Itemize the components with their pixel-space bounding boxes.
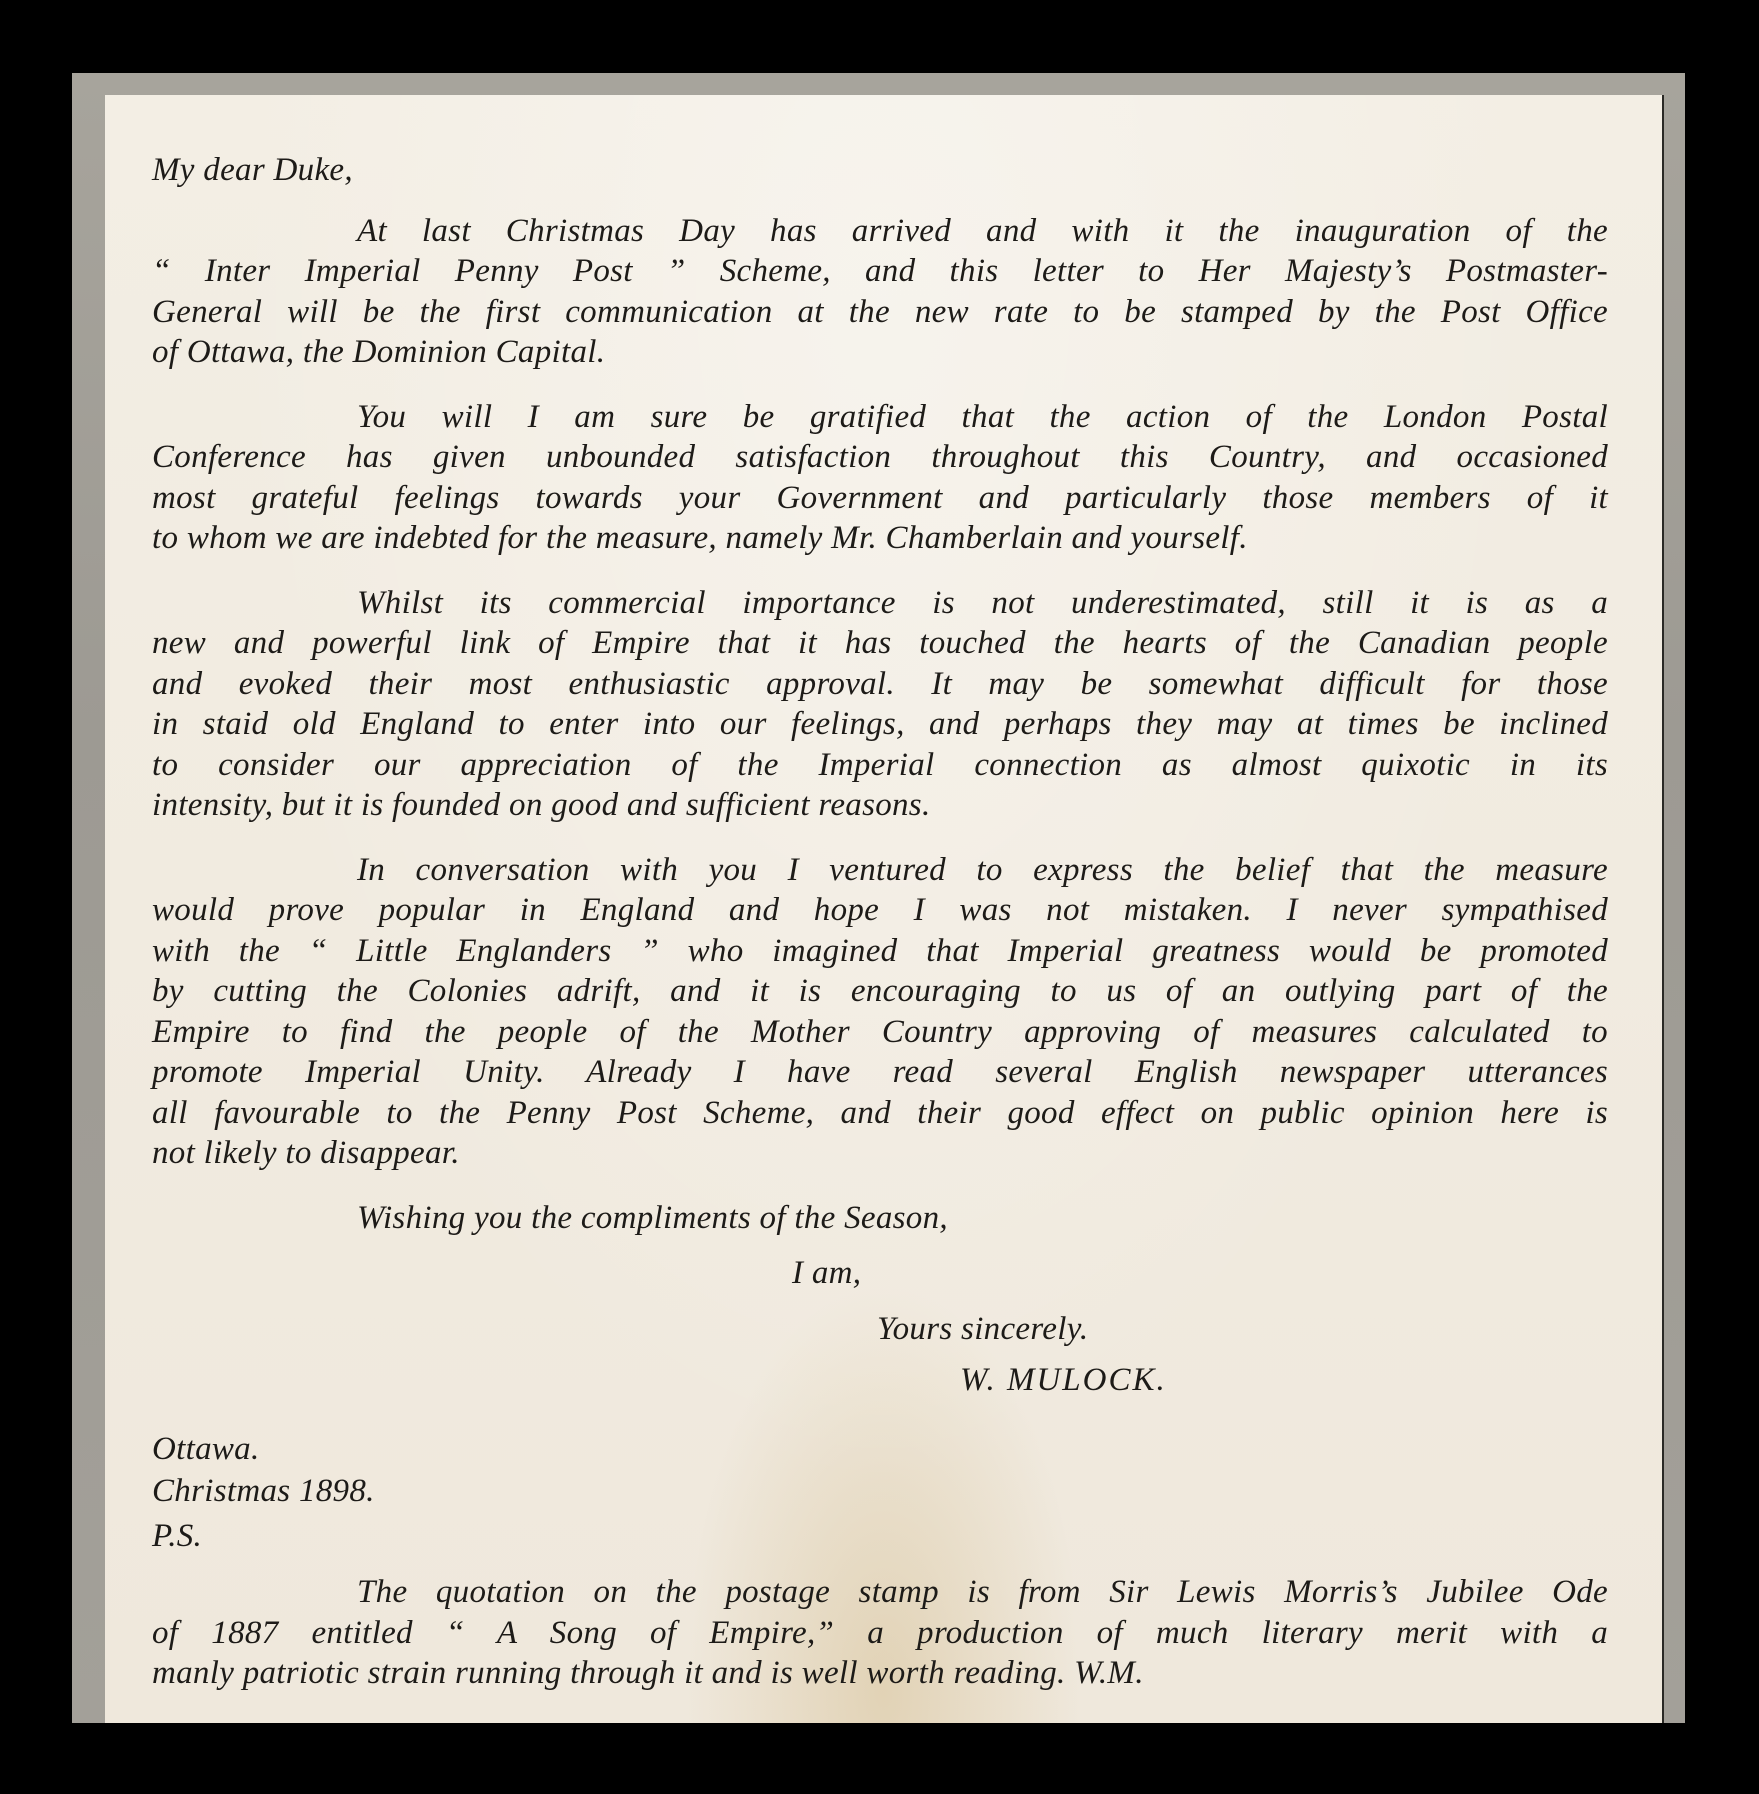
- text-line: Conference has given unbounded satisfact…: [152, 437, 1608, 478]
- signature: W. MULOCK.: [152, 1360, 1608, 1401]
- text-line: by cutting the Colonies adrift, and it i…: [152, 971, 1608, 1012]
- text-line: with the “ Little Englanders ” who imagi…: [152, 931, 1608, 972]
- closing-i-am: I am,: [152, 1253, 1608, 1294]
- place-date-block: Ottawa. Christmas 1898.: [152, 1429, 1608, 1512]
- ps-label: P.S.: [152, 1516, 1608, 1557]
- text-line: new and powerful link of Empire that it …: [152, 623, 1608, 664]
- text-line: to consider our appreciation of the Impe…: [152, 745, 1608, 786]
- closing-block: Wishing you the compliments of the Seaso…: [152, 1198, 1608, 1401]
- text-line: intensity, but it is founded on good and…: [152, 785, 1608, 826]
- paragraph-4: In conversation with you I ventured to e…: [152, 850, 1608, 1174]
- text-line: General will be the first communication …: [152, 292, 1608, 333]
- text-line: You will I am sure be gratified that the…: [152, 397, 1608, 438]
- text-line: “ Inter Imperial Penny Post ” Scheme, an…: [152, 251, 1608, 292]
- text-line: most grateful feelings towards your Gove…: [152, 478, 1608, 519]
- postscript: The quotation on the postage stamp is fr…: [152, 1572, 1608, 1694]
- text-line: and evoked their most enthusiastic appro…: [152, 664, 1608, 705]
- text-line: in staid old England to enter into our f…: [152, 704, 1608, 745]
- text-line: The quotation on the postage stamp is fr…: [152, 1572, 1608, 1613]
- text-line: Empire to find the people of the Mother …: [152, 1012, 1608, 1053]
- text-line: of Ottawa, the Dominion Capital.: [152, 332, 1608, 373]
- paragraph-2: You will I am sure be gratified that the…: [152, 397, 1608, 559]
- salutation: My dear Duke,: [152, 150, 1608, 191]
- text-line: to whom we are indebted for the measure,…: [152, 518, 1608, 559]
- text-line: Whilst its commercial importance is not …: [152, 583, 1608, 624]
- place: Ottawa.: [152, 1429, 1608, 1470]
- text-line: manly patriotic strain running through i…: [152, 1653, 1608, 1694]
- text-line: of 1887 entitled “ A Song of Empire,” a …: [152, 1613, 1608, 1654]
- letter-body: My dear Duke, At last Christmas Day has …: [152, 150, 1608, 1718]
- paragraph-3: Whilst its commercial importance is not …: [152, 583, 1608, 826]
- text-line: promote Imperial Unity. Already I have r…: [152, 1052, 1608, 1093]
- closing-wishes: Wishing you the compliments of the Seaso…: [152, 1198, 1608, 1239]
- text-line: not likely to disappear.: [152, 1133, 1608, 1174]
- paragraph-1: At last Christmas Day has arrived and wi…: [152, 211, 1608, 373]
- date: Christmas 1898.: [152, 1471, 1608, 1512]
- closing-yours: Yours sincerely.: [152, 1309, 1608, 1350]
- text-line: In conversation with you I ventured to e…: [152, 850, 1608, 891]
- text-line: all favourable to the Penny Post Scheme,…: [152, 1093, 1608, 1134]
- text-line: At last Christmas Day has arrived and wi…: [152, 211, 1608, 252]
- text-line: would prove popular in England and hope …: [152, 890, 1608, 931]
